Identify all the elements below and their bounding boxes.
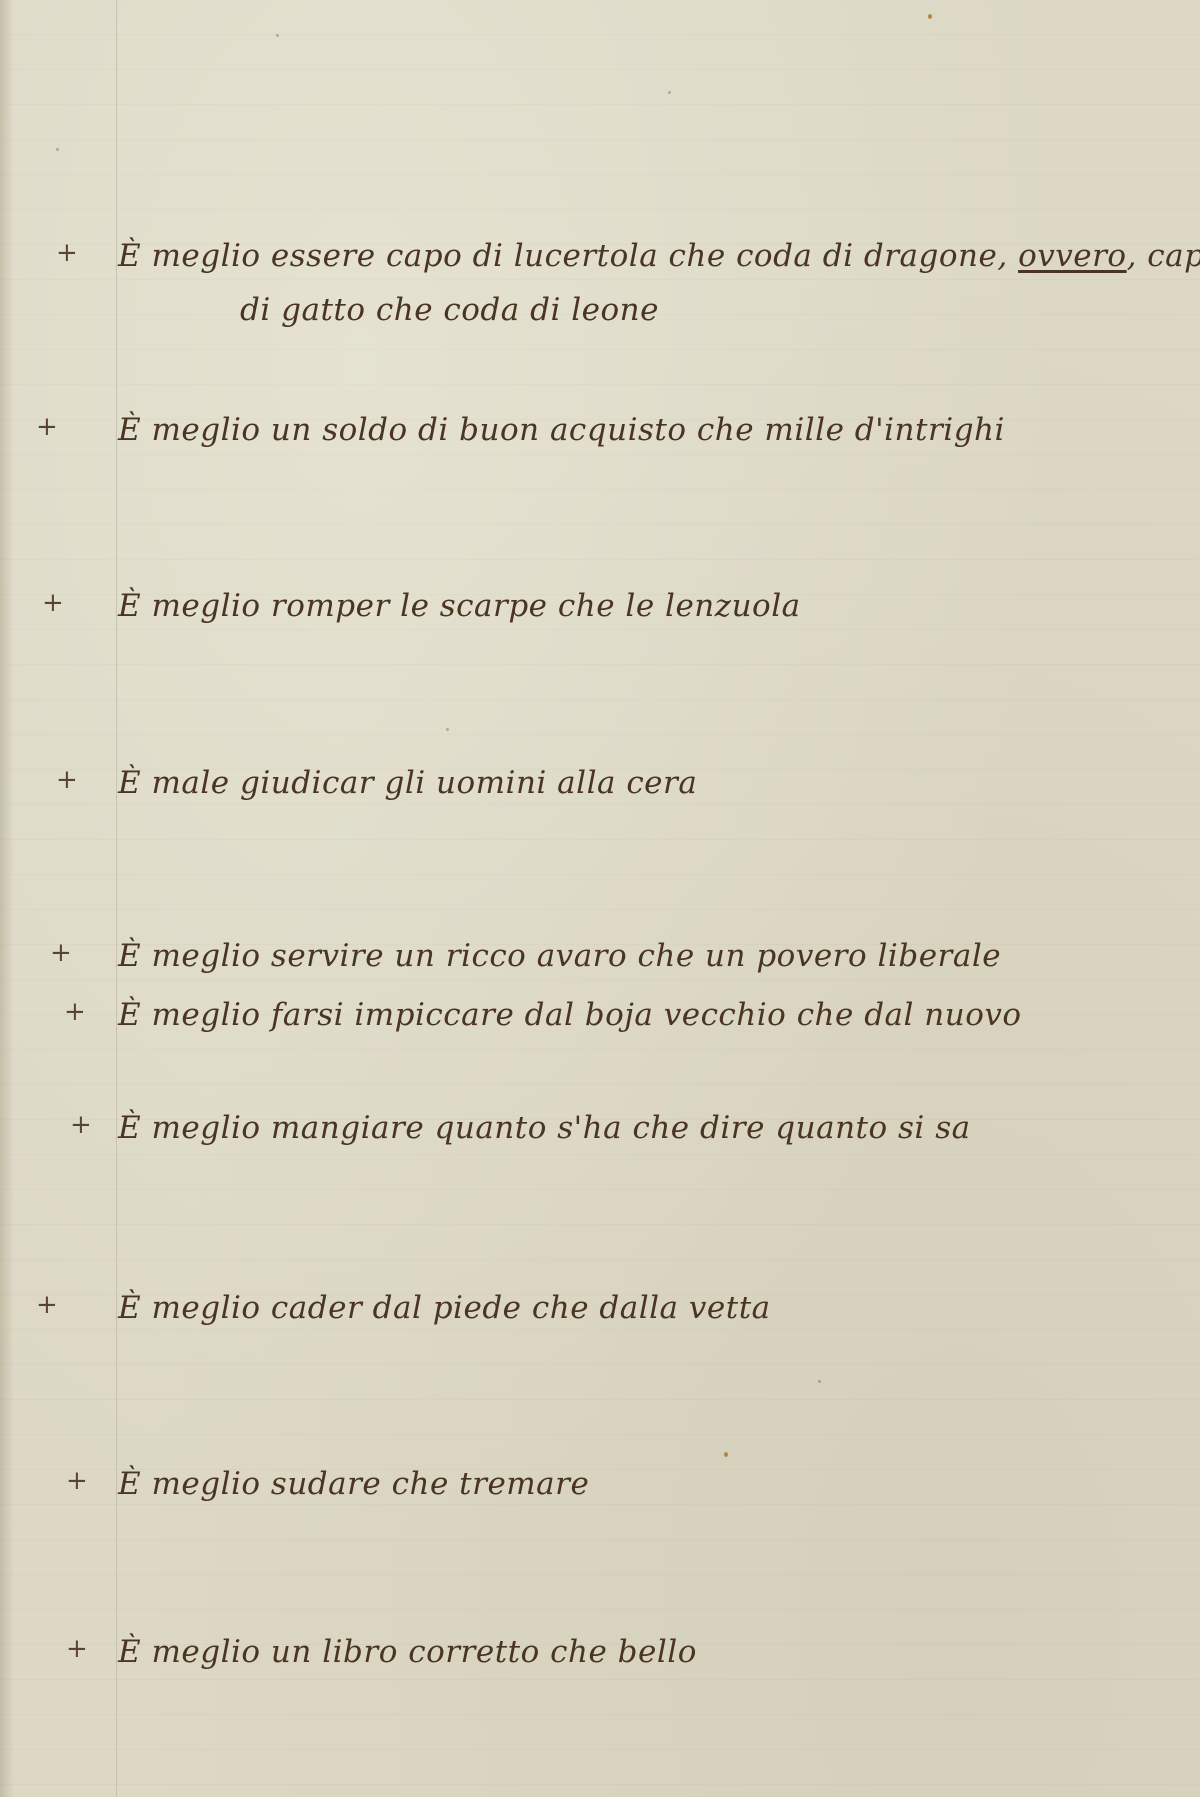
paper-speck	[818, 1380, 821, 1383]
paper-speck	[668, 91, 671, 94]
proverb-text: È meglio servire un ricco avaro che un p…	[118, 938, 1001, 974]
cross-mark-icon: +	[56, 238, 78, 268]
proverb-text: È meglio essere capo di lucertola che co…	[118, 238, 1200, 274]
proverb-text: È meglio cader dal piede che dalla vetta	[118, 1290, 771, 1326]
margin-rule	[116, 0, 117, 1797]
proverb-text-part: , capo	[1127, 238, 1200, 274]
proverb-text: È meglio un soldo di buon acquisto che m…	[118, 412, 1005, 448]
proverb-continuation: di gatto che coda di leone	[240, 292, 659, 328]
ink-stain	[928, 14, 932, 19]
cross-mark-icon: +	[56, 765, 78, 795]
underlined-word: ovvero	[1018, 238, 1127, 274]
cross-mark-icon: +	[66, 1466, 88, 1496]
proverb-text: È meglio sudare che tremare	[118, 1466, 589, 1502]
proverb-text-part: È meglio essere capo di lucertola che co…	[118, 238, 1018, 274]
proverb-text: È meglio romper le scarpe che le lenzuol…	[118, 588, 801, 624]
paper-speck	[276, 34, 279, 37]
ink-stain	[724, 1452, 728, 1457]
proverb-text: È male giudicar gli uomini alla cera	[118, 765, 697, 801]
paper-speck	[446, 728, 449, 731]
page-edge-shadow	[0, 0, 14, 1797]
cross-mark-icon: +	[36, 1290, 58, 1320]
paper-speck	[56, 148, 59, 151]
manuscript-page: + È meglio essere capo di lucertola che …	[0, 0, 1200, 1797]
cross-mark-icon: +	[70, 1110, 92, 1140]
cross-mark-icon: +	[50, 938, 72, 968]
cross-mark-icon: +	[66, 1634, 88, 1664]
cross-mark-icon: +	[36, 412, 58, 442]
proverb-text: È meglio mangiare quanto s'ha che dire q…	[118, 1110, 971, 1146]
cross-mark-icon: +	[42, 588, 64, 618]
proverb-text: È meglio un libro corretto che bello	[118, 1634, 697, 1670]
proverb-text: È meglio farsi impiccare dal boja vecchi…	[118, 997, 1022, 1033]
cross-mark-icon: +	[64, 997, 86, 1027]
